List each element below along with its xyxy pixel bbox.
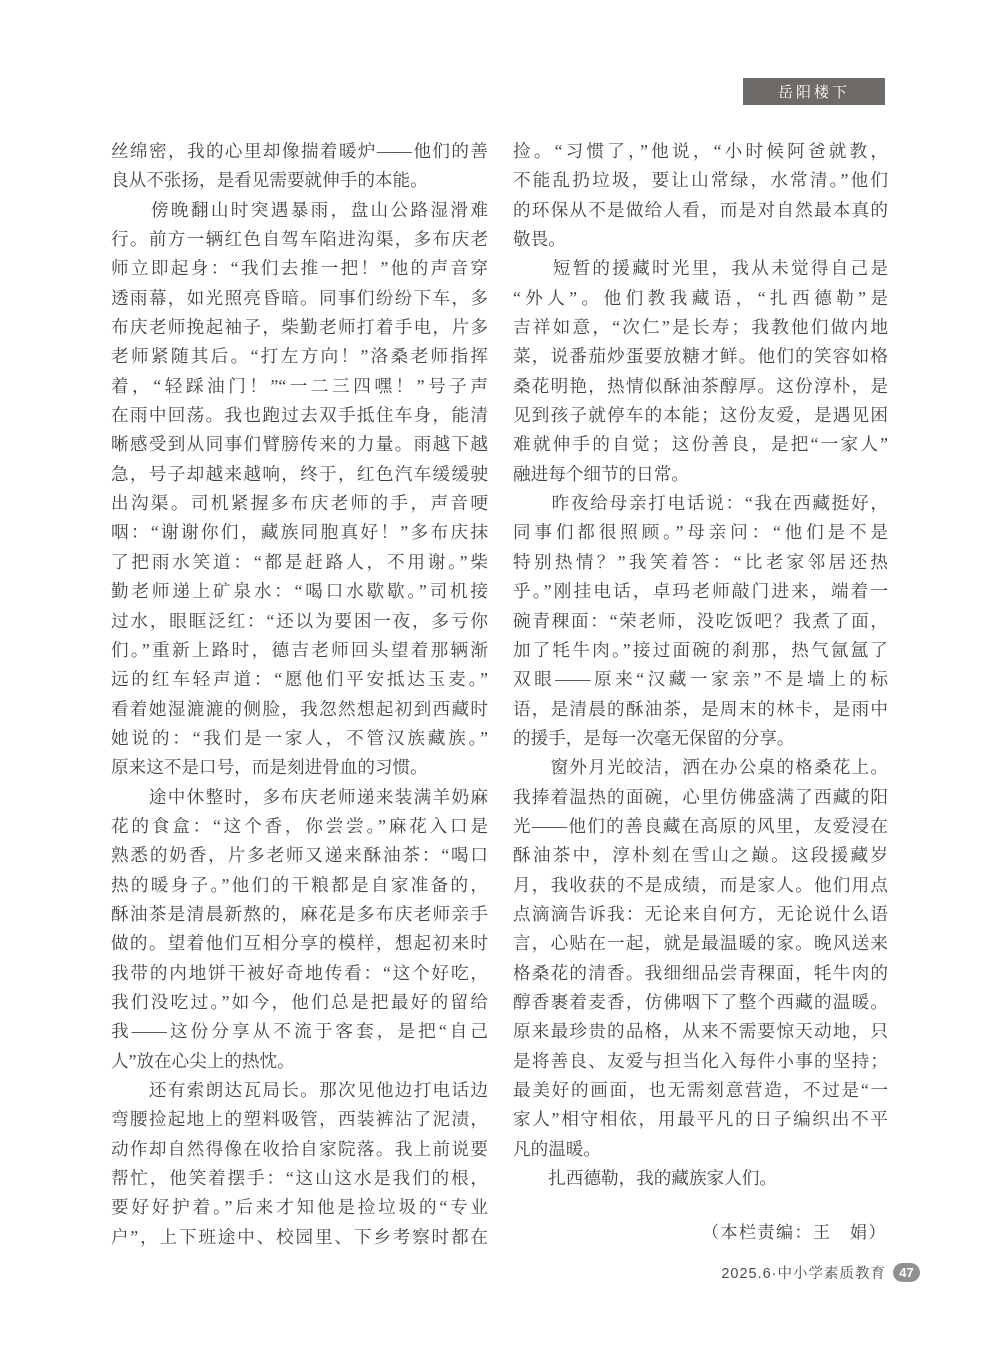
text-line: 丝绵密，我的心里却像揣着暖炉——他们的善	[111, 137, 488, 166]
text-line: 做的。望着他们互相分享的模样，想起初来时	[111, 929, 488, 958]
text-line: 最美好的画面，也无需刻意营造，不过是“一	[513, 1076, 888, 1105]
text-line: 还有索朗达瓦局长。那次见他边打电话边	[111, 1076, 488, 1105]
text-line: 过水，眼眶泛红：“还以为要困一夜，多亏你	[111, 607, 488, 636]
text-line: 见到孩子就停车的本能；这份友爱，是遇见困	[513, 401, 888, 430]
text-line: 熟悉的奶香，片多老师又递来酥油茶：“喝口	[111, 841, 488, 870]
text-line: 看着她湿漉漉的侧脸，我忽然想起初到西藏时	[111, 695, 488, 724]
text-line: 热的暖身子。”他们的干粮都是自家准备的，	[111, 871, 488, 900]
text-line: 原来最珍贵的品格，从来不需要惊天动地，只	[513, 1017, 888, 1046]
page-footer: 2025.6·中小学素质教育 47	[721, 1262, 920, 1283]
text-line: 行。前方一辆红色自驾车陷进沟渠，多布庆老	[111, 225, 488, 254]
text-line: 窗外月光皎洁，洒在办公桌的格桑花上。	[513, 753, 888, 782]
text-line: 扎西德勒，我的藏族家人们。	[513, 1164, 888, 1193]
text-line: 碗青稞面：“荣老师，没吃饭吧？我煮了面，	[513, 607, 888, 636]
text-line: 咽：“谢谢你们，藏族同胞真好！”多布庆抹	[111, 518, 488, 547]
text-line: 了把雨水笑道：“都是赶路人，不用谢。”柴	[111, 548, 488, 577]
magazine-page: 岳阳楼下 丝绵密，我的心里却像揣着暖炉——他们的善良从不张扬，是看见需要就伸手的…	[0, 0, 992, 1346]
text-line: 家人”相守相依，用最平凡的日子编织出不平	[513, 1105, 888, 1134]
text-line: 着，“轻踩油门！”“一二三四嘿！”号子声	[111, 372, 488, 401]
text-line: 酥油茶中，淳朴刻在雪山之巅。这段援藏岁	[513, 841, 888, 870]
text-line: 我带的内地饼干被好奇地传看：“这个好吃，	[111, 959, 488, 988]
text-line: 我捧着温热的面碗，心里仿佛盛满了西藏的阳	[513, 783, 888, 812]
article-column-left: 丝绵密，我的心里却像揣着暖炉——他们的善良从不张扬，是看见需要就伸手的本能。 傍…	[111, 137, 488, 1252]
text-line: 途中休整时，多布庆老师递来装满羊奶麻	[111, 783, 488, 812]
text-line: 敬畏。	[513, 225, 888, 254]
text-line: 短暂的援藏时光里，我从未觉得自己是	[513, 254, 888, 283]
text-line: 我——这份分享从不流于客套，是把“自己	[111, 1017, 488, 1046]
column-header-tag: 岳阳楼下	[743, 78, 885, 105]
text-line: 酥油茶是清晨新熬的，麻花是多布庆老师亲手	[111, 900, 488, 929]
text-line: 菜，说番茄炒蛋要放糖才鲜。他们的笑容如格	[513, 342, 888, 371]
text-line: 动作却自然得像在收拾自家院落。我上前说要	[111, 1135, 488, 1164]
text-line: “外人”。他们教我藏语，“扎西德勒”是	[513, 284, 888, 313]
text-line: 光——他们的善良藏在高原的风里，友爱浸在	[513, 812, 888, 841]
text-line: 的援手，是每一次毫无保留的分享。	[513, 724, 888, 753]
text-line: 出沟渠。司机紧握多布庆老师的手，声音哽	[111, 489, 488, 518]
text-line: 难就伸手的自觉；这份善良，是把“一家人”	[513, 430, 888, 459]
text-line: 点滴滴告诉我：无论来自何方，无论说什么语	[513, 900, 888, 929]
text-line: 言，心贴在一起，就是最温暖的家。晚风送来	[513, 929, 888, 958]
article-column-right: 捡。“习惯了，”他说，“小时候阿爸就教，不能乱扔垃圾，要让山常绿，水常清。”他们…	[513, 137, 888, 1193]
page-number-badge: 47	[893, 1263, 920, 1282]
text-line: 布庆老师挽起袖子，柴勤老师打着手电，片多	[111, 313, 488, 342]
text-line: 格桑花的清香。我细细品尝青稞面，牦牛肉的	[513, 959, 888, 988]
text-line: 融进每个细节的日常。	[513, 460, 888, 489]
text-line: 晰感受到从同事们臂膀传来的力量。雨越下越	[111, 430, 488, 459]
text-line: 远的红车轻声道：“愿他们平安抵达玉麦。”	[111, 665, 488, 694]
text-line: 傍晚翻山时突遇暴雨，盘山公路湿滑难	[111, 196, 488, 225]
text-line: 良从不张扬，是看见需要就伸手的本能。	[111, 166, 488, 195]
text-line: 双眼——原来“汉藏一家亲”不是墙上的标	[513, 665, 888, 694]
text-line: 师立即起身：“我们去推一把！”他的声音穿	[111, 254, 488, 283]
text-line: 透雨幕，如光照亮昏暗。同事们纷纷下车，多	[111, 284, 488, 313]
text-line: 特别热情？”我笑着答：“比老家邻居还热	[513, 548, 888, 577]
text-line: 人”放在心尖上的热忱。	[111, 1047, 488, 1076]
text-line: 凡的温暖。	[513, 1135, 888, 1164]
text-line: 不能乱扔垃圾，要让山常绿，水常清。”他们	[513, 166, 888, 195]
text-line: 我们没吃过。”如今，他们总是把最好的留给	[111, 988, 488, 1017]
text-line: 捡。“习惯了，”他说，“小时候阿爸就教，	[513, 137, 888, 166]
text-line: 花的食盒：“这个香，你尝尝。”麻花入口是	[111, 812, 488, 841]
text-line: 户”，上下班途中、校园里、下乡考察时都在	[111, 1223, 488, 1252]
text-line: 们。”重新上路时，德吉老师回头望着那辆渐	[111, 636, 488, 665]
text-line: 勤老师递上矿泉水：“喝口水歇歇。”司机接	[111, 577, 488, 606]
text-line: 吉祥如意，“次仁”是长寿；我教他们做内地	[513, 313, 888, 342]
text-line: 帮忙，他笑着摆手：“这山这水是我们的根，	[111, 1164, 488, 1193]
text-line: 昨夜给母亲打电话说：“我在西藏挺好，	[513, 489, 888, 518]
editor-credit: （本栏责编：王 娟）	[702, 1218, 887, 1243]
text-line: 乎。”刚挂电话，卓玛老师敲门进来，端着一	[513, 577, 888, 606]
text-line: 语，是清晨的酥油茶，是周末的林卡，是雨中	[513, 695, 888, 724]
text-line: 同事们都很照顾。”母亲问：“他们是不是	[513, 518, 888, 547]
text-line: 是将善良、友爱与担当化入每件小事的坚持；	[513, 1047, 888, 1076]
text-line: 老师紧随其后。“打左方向！”洛桑老师指挥	[111, 342, 488, 371]
text-line: 醇香裹着麦香，仿佛咽下了整个西藏的温暖。	[513, 988, 888, 1017]
text-line: 在雨中回荡。我也跑过去双手抵住车身，能清	[111, 401, 488, 430]
text-line: 她说的：“我们是一家人，不管汉族藏族。”	[111, 724, 488, 753]
text-line: 桑花明艳，热情似酥油茶醇厚。这份淳朴，是	[513, 372, 888, 401]
text-line: 月，我收获的不是成绩，而是家人。他们用点	[513, 871, 888, 900]
footer-issue-text: 2025.6·中小学素质教育	[721, 1262, 886, 1283]
text-line: 原来这不是口号，而是刻进骨血的习惯。	[111, 753, 488, 782]
text-line: 弯腰捡起地上的塑料吸管，西装裤沾了泥渍，	[111, 1105, 488, 1134]
text-line: 急，号子却越来越响，终于，红色汽车缓缓驶	[111, 460, 488, 489]
text-line: 的环保从不是做给人看，而是对自然最本真的	[513, 196, 888, 225]
text-line: 要好好护着。”后来才知他是捡垃圾的“专业	[111, 1193, 488, 1222]
text-line: 加了牦牛肉。”接过面碗的刹那，热气氤氲了	[513, 636, 888, 665]
